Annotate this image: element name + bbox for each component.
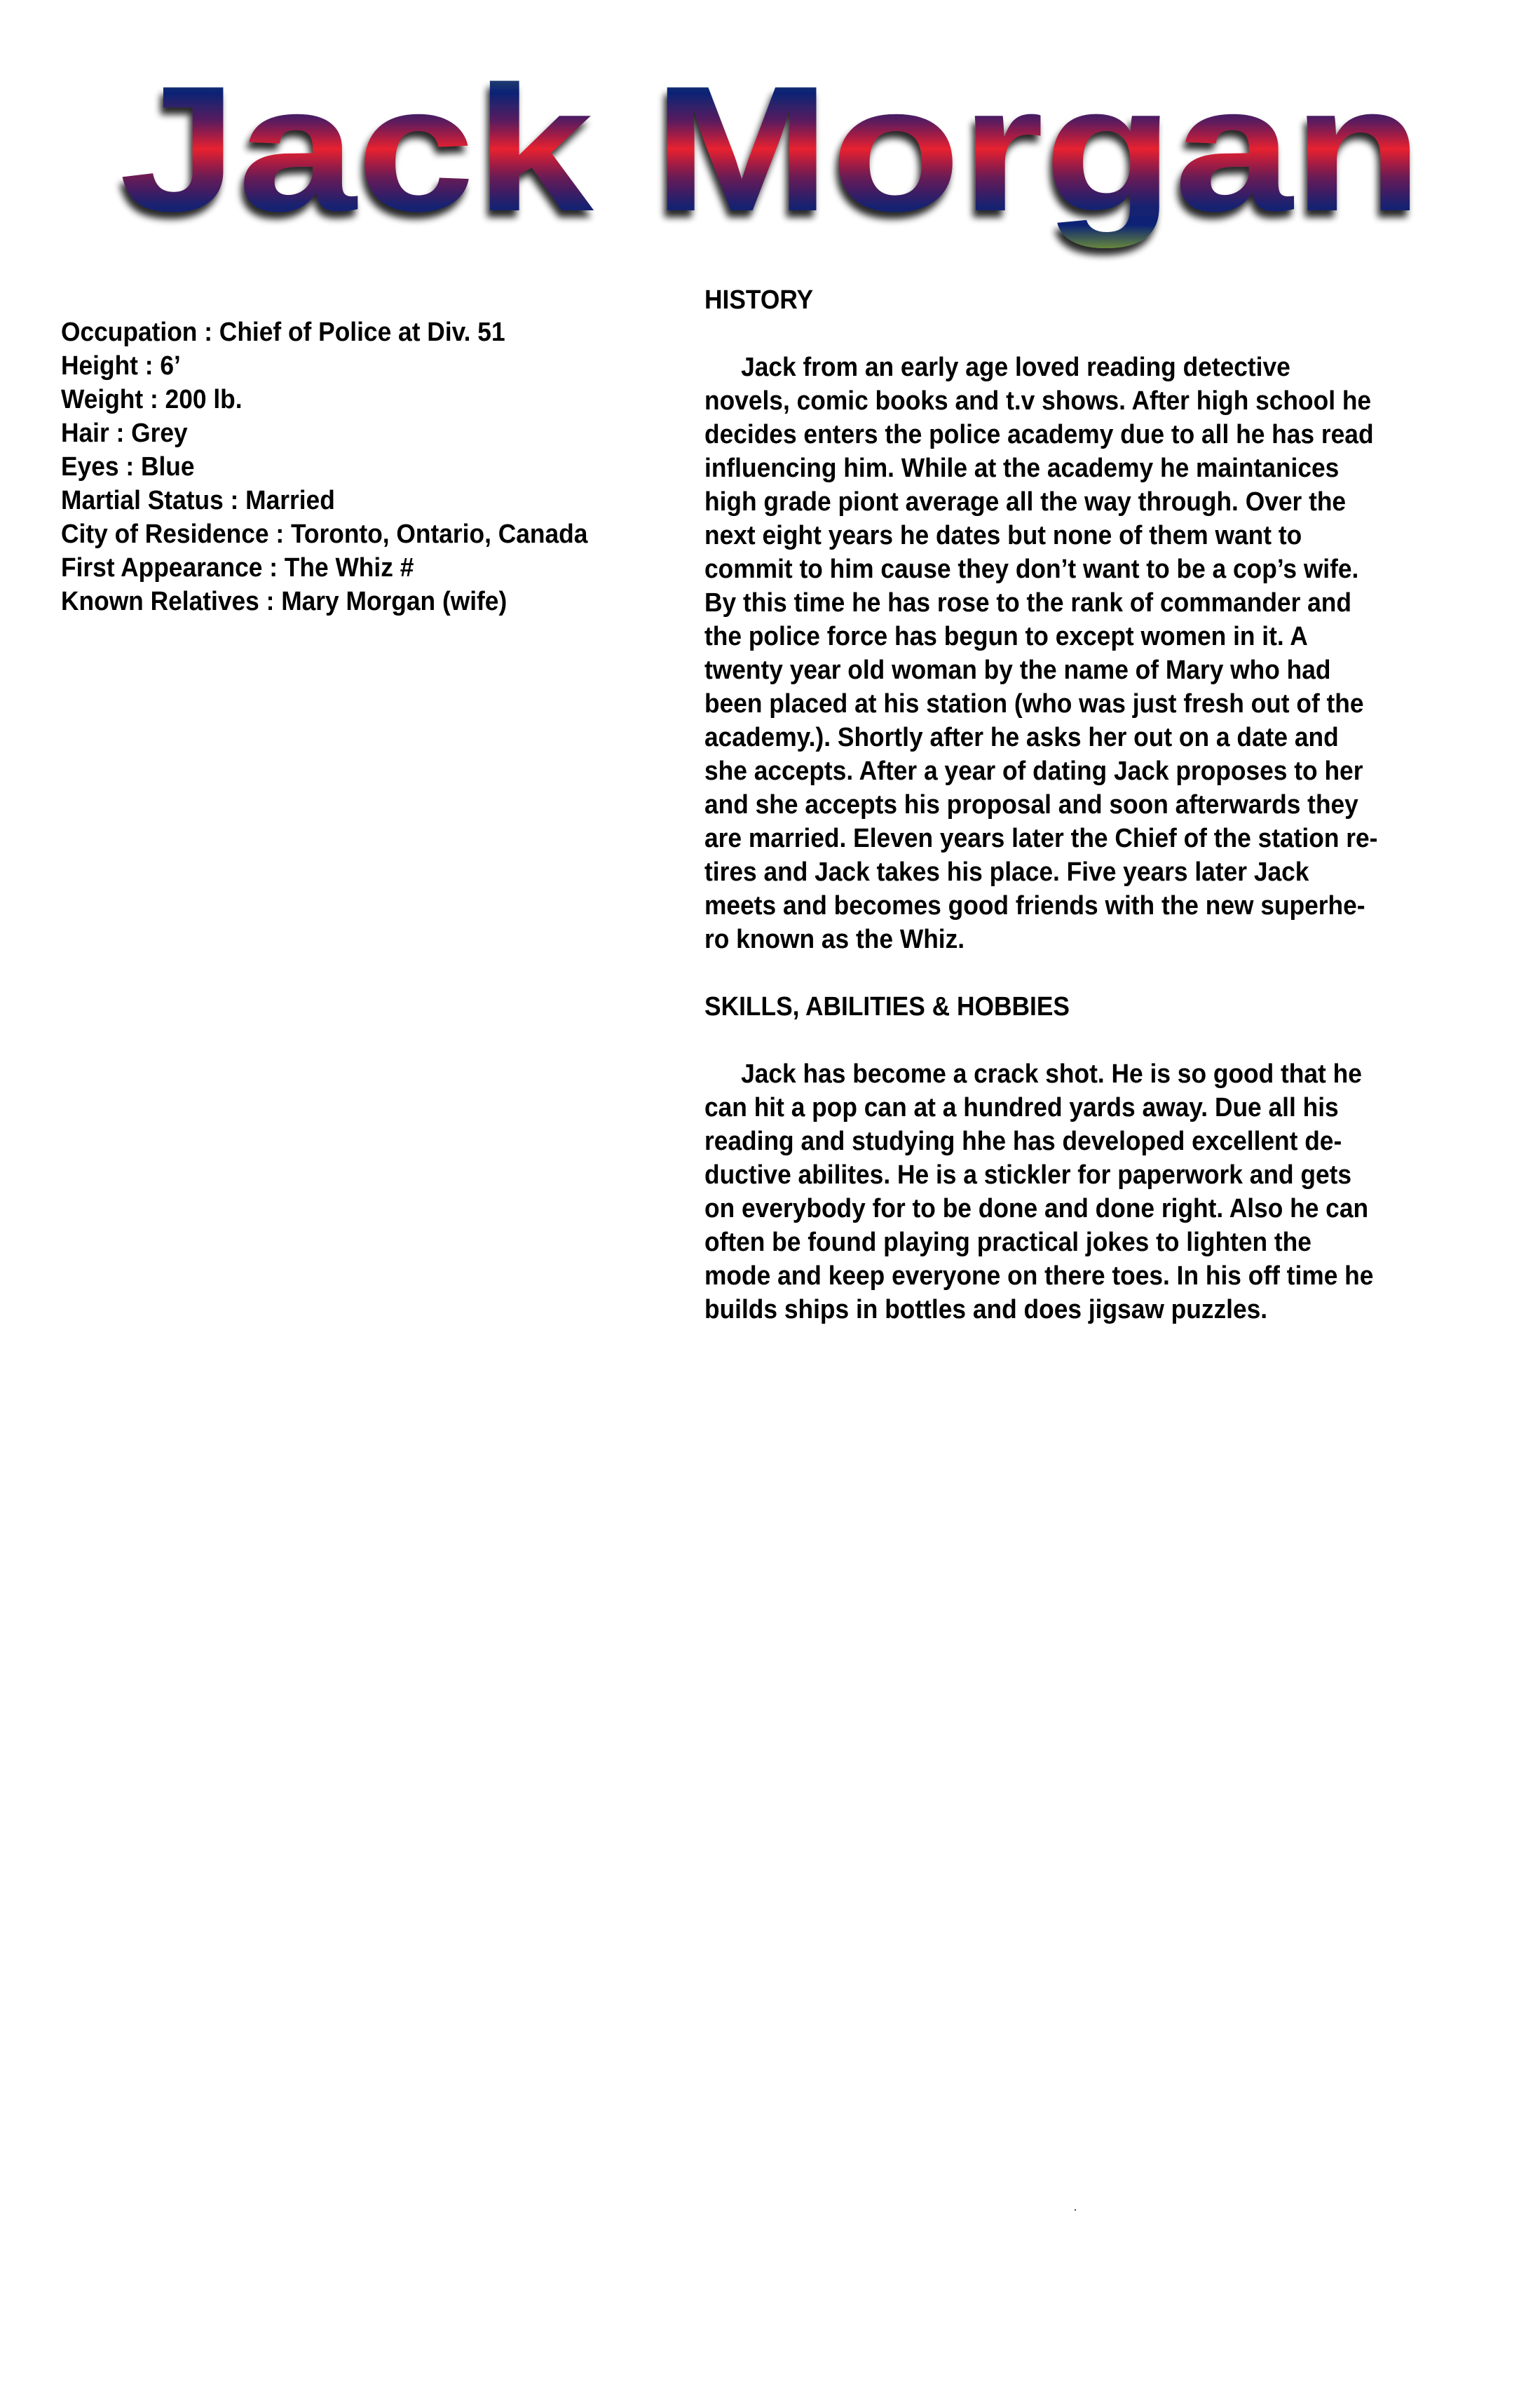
skills-paragraph: Jack has become a crack shot. He is so g…	[704, 1057, 1445, 1327]
history-line: next eight years he dates but none of th…	[704, 519, 1445, 552]
stray-mark	[1075, 2209, 1076, 2211]
stat-known-relatives: Known Relatives : Mary Morgan (wife)	[61, 585, 648, 618]
stat-eyes: Eyes : Blue	[61, 450, 648, 484]
stat-weight: Weight : 200 lb.	[61, 383, 648, 416]
title-text: Jack Morgan	[119, 49, 1423, 249]
history-line: ro known as the Whiz.	[704, 923, 1445, 956]
character-bio: HISTORY Jack from an early age loved rea…	[704, 283, 1445, 1360]
skills-line: builds ships in bottles and does jigsaw …	[704, 1293, 1445, 1327]
history-line: and she accepts his proposal and soon af…	[704, 788, 1445, 822]
page-title: Jack Morgan	[98, 67, 1444, 277]
stat-marital-status: Martial Status : Married	[61, 484, 648, 517]
history-heading: HISTORY	[704, 283, 1445, 317]
history-line: decides enters the police academy due to…	[704, 418, 1445, 452]
skills-heading: SKILLS, ABILITIES & HOBBIES	[704, 990, 1445, 1024]
stat-city-of-residence: City of Residence : Toronto, Ontario, Ca…	[61, 517, 648, 551]
history-line: tires and Jack takes his place. Five yea…	[704, 855, 1445, 889]
history-line: Jack from an early age loved reading det…	[704, 351, 1445, 384]
history-line: By this time he has rose to the rank of …	[704, 586, 1445, 620]
history-line: commit to him cause they don’t want to b…	[704, 552, 1445, 586]
history-section: HISTORY Jack from an early age loved rea…	[704, 283, 1445, 956]
title-graphic: Jack Morgan	[98, 67, 1444, 277]
skills-line: on everybody for to be done and done rig…	[704, 1192, 1445, 1226]
skills-line: mode and keep everyone on there toes. In…	[704, 1259, 1445, 1293]
history-line: novels, comic books and t.v shows. After…	[704, 384, 1445, 418]
skills-line: often be found playing practical jokes t…	[704, 1226, 1445, 1259]
skills-line: ductive abilites. He is a stickler for p…	[704, 1158, 1445, 1192]
skills-line: Jack has become a crack shot. He is so g…	[704, 1057, 1445, 1091]
stat-hair: Hair : Grey	[61, 416, 648, 450]
history-line: academy.). Shortly after he asks her out…	[704, 721, 1445, 754]
history-paragraph: Jack from an early age loved reading det…	[704, 351, 1445, 956]
skills-line: reading and studying hhe has developed e…	[704, 1125, 1445, 1158]
stat-height: Height : 6’	[61, 349, 648, 383]
history-line: influencing him. While at the academy he…	[704, 452, 1445, 485]
history-line: she accepts. After a year of dating Jack…	[704, 754, 1445, 788]
history-line: high grade piont average all the way thr…	[704, 485, 1445, 519]
stat-occupation: Occupation : Chief of Police at Div. 51	[61, 316, 648, 349]
skills-section: SKILLS, ABILITIES & HOBBIES Jack has bec…	[704, 990, 1445, 1327]
character-stats: Occupation : Chief of Police at Div. 51 …	[61, 316, 648, 618]
history-line: twenty year old woman by the name of Mar…	[704, 653, 1445, 687]
history-line: the police force has begun to except wom…	[704, 620, 1445, 653]
history-line: been placed at his station (who was just…	[704, 687, 1445, 721]
history-line: meets and becomes good friends with the …	[704, 889, 1445, 923]
history-line: are married. Eleven years later the Chie…	[704, 822, 1445, 855]
stat-first-appearance: First Appearance : The Whiz #	[61, 551, 648, 585]
skills-line: can hit a pop can at a hundred yards awa…	[704, 1091, 1445, 1125]
